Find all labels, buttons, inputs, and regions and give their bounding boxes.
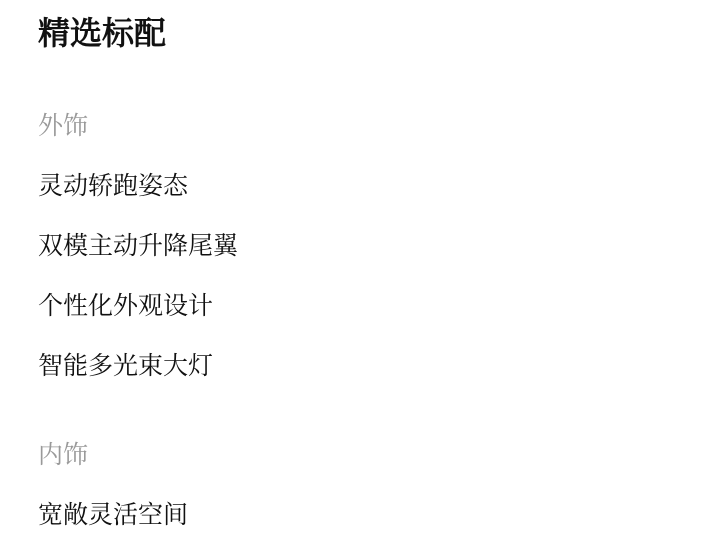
feature-item[interactable]: 双模主动升降尾翼 (38, 231, 238, 261)
section-label-exterior: 外饰 (38, 111, 88, 141)
feature-item[interactable]: 智能多光束大灯 (38, 351, 213, 381)
feature-item[interactable]: 个性化外观设计 (38, 291, 213, 321)
page-title: 精选标配 (38, 14, 166, 52)
section-label-interior: 内饰 (38, 440, 88, 470)
feature-item[interactable]: 宽敞灵活空间 (38, 500, 188, 530)
feature-item[interactable]: 灵动轿跑姿态 (38, 171, 188, 201)
